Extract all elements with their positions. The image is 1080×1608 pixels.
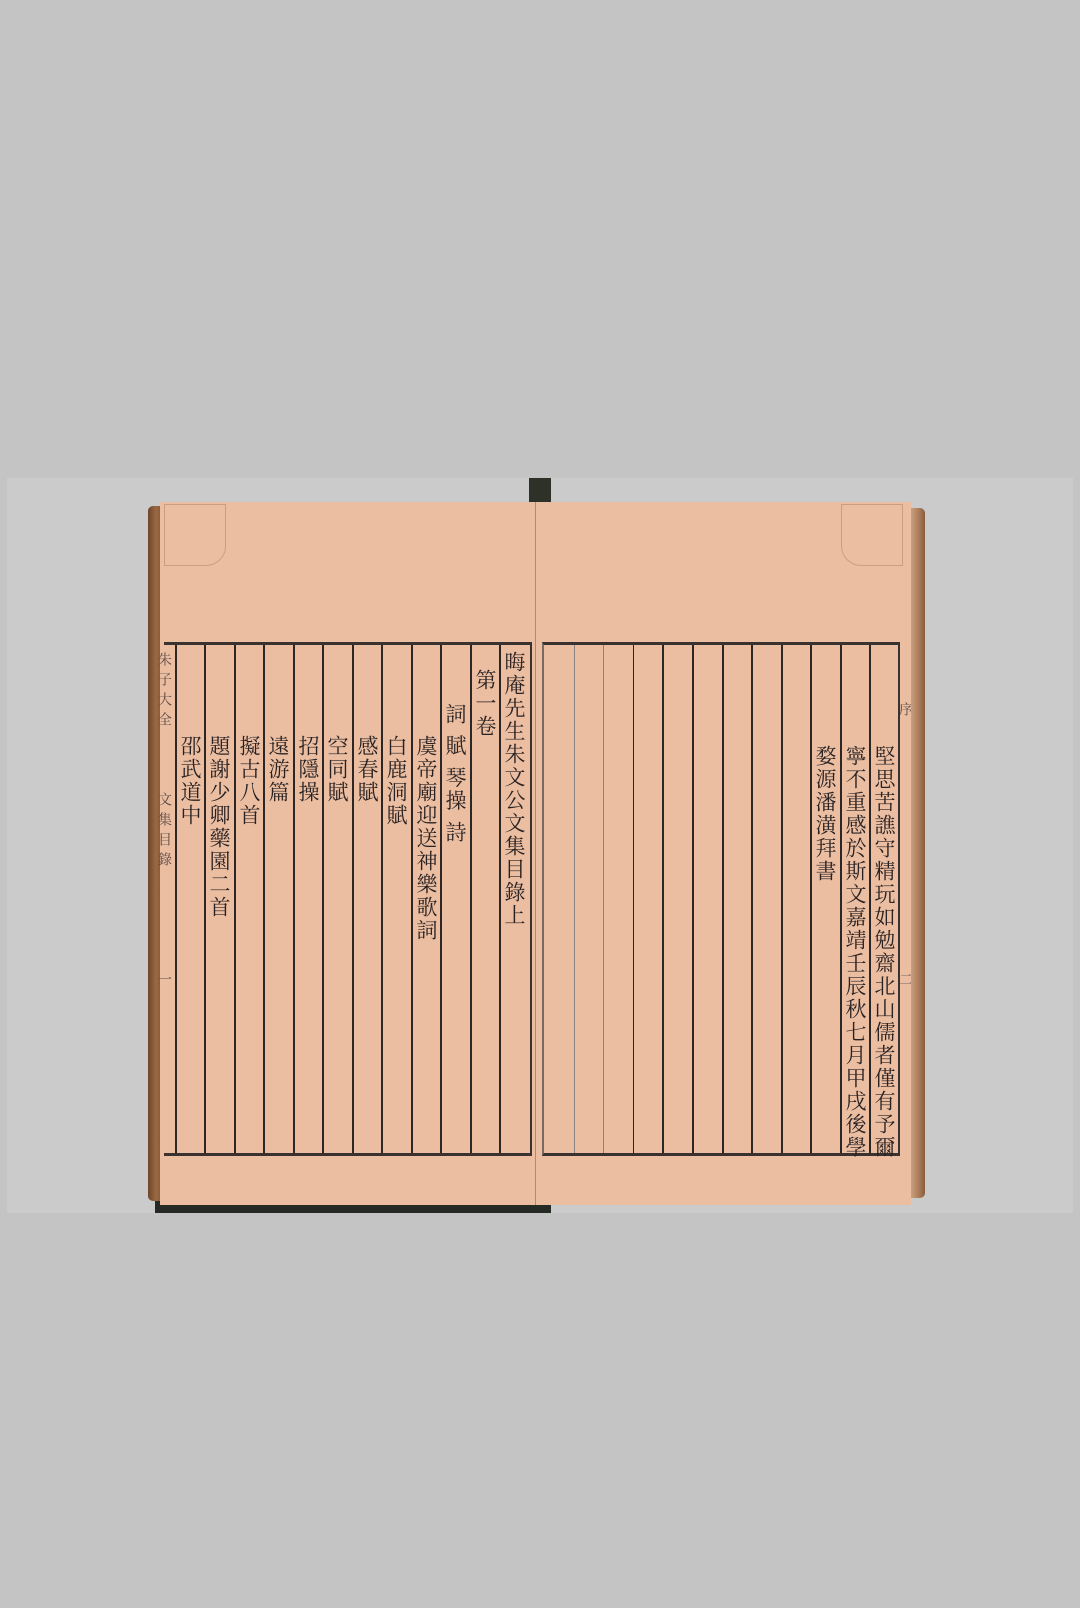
- page-corner-fold: [841, 504, 903, 566]
- toc-entry: 題謝少卿藥園二首: [205, 735, 233, 919]
- book-edge-right: [911, 508, 925, 1198]
- preface-line: 堅思苦譙守精玩如勉齋北山儒者僅有予爾: [870, 745, 898, 1159]
- toc-entry: 空同賦: [323, 735, 351, 804]
- preface-signature: 婺源潘潢拜書: [811, 745, 839, 883]
- toc-entry: 擬古八首: [235, 735, 263, 827]
- book-title: 晦庵先生朱文公文集目錄上: [500, 651, 528, 927]
- toc-entry: 邵武道中: [176, 735, 204, 827]
- open-book: 晦庵先生朱文公文集目錄上 第一卷 詞 賦 琴操 詩 虞帝廟迎送神樂歌詞 白鹿洞賦…: [148, 502, 925, 1205]
- right-page: 堅思苦譙守精玩如勉齋北山儒者僅有予爾 寧不重感於斯文嘉靖壬辰秋七月甲戌後學 婺源…: [536, 502, 911, 1205]
- preface-line: 寧不重感於斯文嘉靖壬辰秋七月甲戌後學: [841, 745, 869, 1159]
- left-page: 晦庵先生朱文公文集目錄上 第一卷 詞 賦 琴操 詩 虞帝廟迎送神樂歌詞 白鹿洞賦…: [160, 502, 536, 1205]
- toc-entry: 詞 賦 琴操 詩: [441, 703, 469, 844]
- toc-entry: 招隱操: [294, 735, 322, 804]
- toc-entry: 感春賦: [353, 735, 381, 804]
- page-number: 一: [154, 972, 174, 992]
- left-page-frame: 晦庵先生朱文公文集目錄上 第一卷 詞 賦 琴操 詩 虞帝廟迎送神樂歌詞 白鹿洞賦…: [164, 642, 532, 1156]
- toc-entry: 遠游篇: [264, 735, 292, 804]
- spine-shadow: [529, 478, 551, 502]
- right-page-frame: 堅思苦譙守精玩如勉齋北山儒者僅有予爾 寧不重感於斯文嘉靖壬辰秋七月甲戌後學 婺源…: [542, 642, 900, 1156]
- toc-entry: 虞帝廟迎送神樂歌詞: [412, 735, 440, 942]
- page-corner-fold: [164, 504, 226, 566]
- margin-label: 朱子大全: [154, 652, 174, 732]
- margin-label: 文集目錄: [154, 792, 174, 872]
- toc-entry: 白鹿洞賦: [382, 735, 410, 827]
- volume-label: 第一卷: [471, 669, 499, 738]
- bleedthrough-text: [552, 725, 580, 879]
